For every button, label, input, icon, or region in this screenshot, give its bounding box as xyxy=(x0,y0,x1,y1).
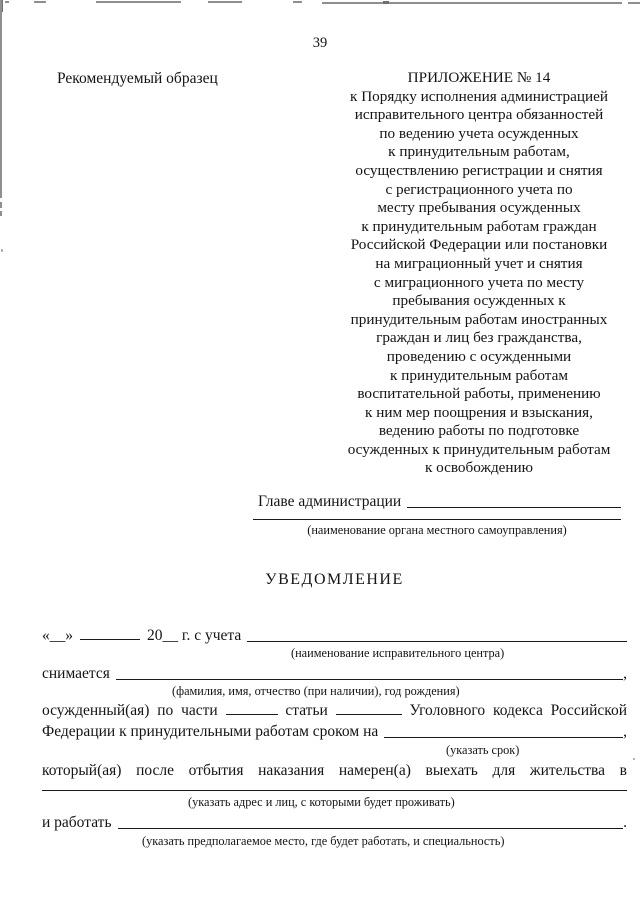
date-day-blank: «__» xyxy=(42,626,73,645)
name-caption: (фамилия, имя, отчество (при наличии), г… xyxy=(172,684,627,698)
convicted-text-1: осужденный(ая) по части xyxy=(42,702,218,719)
address-blank-line xyxy=(42,789,627,791)
scan-artifact xyxy=(322,2,622,4)
scanned-document-page: 39 Рекомендуемый образец ПРИЛОЖЕНИЕ № 14… xyxy=(0,0,640,905)
scan-artifact xyxy=(0,0,2,198)
term-text: Федерации к принудительными работам срок… xyxy=(42,722,378,741)
document-title: УВЕДОМЛЕНИЕ xyxy=(42,571,627,589)
addressee-caption: (наименование органа местного самоуправл… xyxy=(253,523,621,538)
appendix-line: принудительным работам иностранных xyxy=(320,311,638,330)
scan-artifact xyxy=(1,249,3,252)
intent-line: который(ая) после отбытия наказания наме… xyxy=(42,761,627,780)
date-line: «__» 20__ г. с учета xyxy=(42,626,627,645)
appendix-line: месту пребывания осужденных xyxy=(320,199,638,218)
term-caption: (указать срок) xyxy=(446,743,627,757)
addressee-block: Главе администрации (наименование органа… xyxy=(253,492,621,538)
addressee-blank-line-2 xyxy=(253,511,621,520)
scan-artifact xyxy=(34,1,46,3)
work-line: и работать . xyxy=(42,813,627,832)
center-caption: (наименование исправительного центра) xyxy=(291,646,627,660)
appendix-block: ПРИЛОЖЕНИЕ № 14к Порядку исполнения адми… xyxy=(320,69,638,478)
page-number: 39 xyxy=(0,35,640,52)
scan-artifact xyxy=(5,1,9,3)
appendix-line: исправительного центра обязанностей xyxy=(320,106,638,125)
term-line: Федерации к принудительными работам срок… xyxy=(42,722,627,741)
removed-line: снимается , xyxy=(42,664,627,683)
convicted-line: осужденный(ая) по части статьи Уголовног… xyxy=(42,701,627,720)
appendix-line: на миграционный учет и снятия xyxy=(320,255,638,274)
appendix-line: ведению работы по подготовке xyxy=(320,422,638,441)
appendix-line: осужденных к принудительным работам xyxy=(320,441,638,460)
scan-artifact xyxy=(208,1,242,3)
convicted-text-2: статьи xyxy=(285,702,327,719)
scan-artifact xyxy=(633,758,635,760)
addressee-label: Главе администрации xyxy=(253,492,401,511)
scan-artifact xyxy=(0,202,2,208)
appendix-line: с регистрационного учета по xyxy=(320,181,638,200)
person-name-blank-line xyxy=(116,664,623,680)
appendix-line: осуществлению регистрации и снятия xyxy=(320,162,638,181)
appendix-line: к принудительным работам xyxy=(320,367,638,386)
appendix-line: Российской Федерации или постановки xyxy=(320,236,638,255)
appendix-line: воспитательной работы, применению xyxy=(320,385,638,404)
scan-artifact xyxy=(0,211,2,216)
comma-text: , xyxy=(623,722,627,741)
scan-artifact xyxy=(96,1,181,3)
center-name-blank-line xyxy=(247,626,627,642)
appendix-line: с миграционного учета по месту xyxy=(320,274,638,293)
appendix-line: к освобождению xyxy=(320,459,638,478)
term-blank-line xyxy=(384,722,623,738)
appendix-line: граждан и лиц без гражданства, xyxy=(320,329,638,348)
appendix-line: проведению с осужденными xyxy=(320,348,638,367)
comma-text: , xyxy=(623,664,627,683)
work-blank-line xyxy=(118,813,624,829)
appendix-line: к принудительным работам граждан xyxy=(320,218,638,237)
appendix-line: по ведению учета осужденных xyxy=(320,125,638,144)
appendix-line: к принудительным работам, xyxy=(320,143,638,162)
work-label: и работать xyxy=(42,813,112,832)
date-year-text: 20__ xyxy=(147,626,178,645)
article-number-blank-line xyxy=(336,701,402,715)
date-suffix-text: г. с учета xyxy=(178,626,241,645)
scan-artifact xyxy=(293,1,302,3)
period-text: . xyxy=(623,813,627,832)
date-month-blank-line xyxy=(80,626,140,640)
removed-label: снимается xyxy=(42,664,110,683)
appendix-line: к Порядку исполнения администрацией xyxy=(320,88,638,107)
appendix-line: ПРИЛОЖЕНИЕ № 14 xyxy=(320,69,638,88)
form-body: «__» 20__ г. с учета (наименование испра… xyxy=(42,626,627,848)
part-number-blank-line xyxy=(226,701,278,715)
appendix-line: пребывания осужденных к xyxy=(320,292,638,311)
scan-artifact xyxy=(628,2,640,4)
appendix-line: к ним мер поощрения и взыскания, xyxy=(320,404,638,423)
convicted-text-3: Уголовного кодекса Российской xyxy=(409,702,627,719)
scan-artifact xyxy=(383,1,389,4)
sample-label: Рекомендуемый образец xyxy=(57,70,218,88)
addressee-blank-line xyxy=(407,492,621,508)
addressee-line: Главе администрации xyxy=(253,492,621,511)
address-caption: (указать адрес и лиц, с которыми будет п… xyxy=(188,795,627,809)
work-caption: (указать предполагаемое место, где будет… xyxy=(142,834,627,848)
